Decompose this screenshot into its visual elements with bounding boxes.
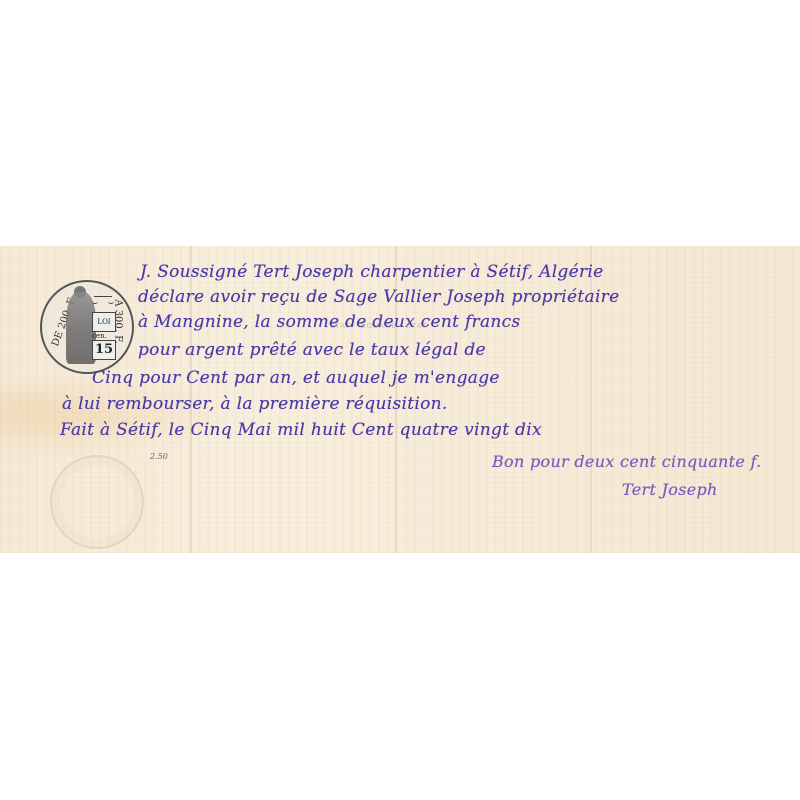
body-line-3: à Mangnine, la somme de deux cent francs bbox=[138, 312, 521, 332]
pencil-note: 2.50 bbox=[150, 452, 168, 461]
stamp-value: 15 bbox=[92, 340, 116, 360]
embossed-seal-icon bbox=[50, 455, 144, 549]
body-line-6: à lui rembourser, à la première réquisit… bbox=[62, 394, 448, 414]
body-line-7: Fait à Sétif, le Cinq Mai mil huit Cent … bbox=[60, 420, 542, 440]
stamp-cent-label: cen. bbox=[92, 332, 107, 340]
fiscal-stamp: DE 200. F. A 300. F. LOI cen. 15 bbox=[40, 280, 134, 374]
scales-icon bbox=[94, 296, 112, 307]
body-line-5: Cinq pour Cent par an, et auquel je m'en… bbox=[92, 368, 500, 388]
bon-pour-line: Bon pour deux cent cinquante f. bbox=[492, 452, 762, 471]
body-line-4: pour argent prêté avec le taux légal de bbox=[138, 340, 486, 360]
body-line-2: déclare avoir reçu de Sage Vallier Josep… bbox=[138, 287, 619, 307]
body-line-1: J. Soussigné Tert Joseph charpentier à S… bbox=[140, 262, 604, 282]
signature: Tert Joseph bbox=[622, 480, 718, 499]
stamp-tablet: LOI bbox=[92, 312, 116, 332]
